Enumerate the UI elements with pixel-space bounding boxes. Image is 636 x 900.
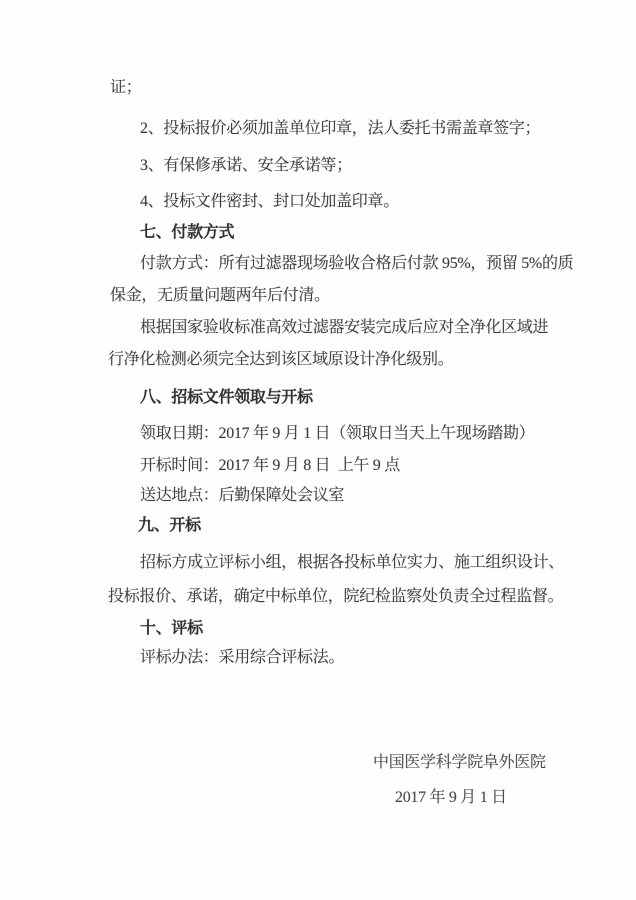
paragraph-continuation-certificate: 证； [110, 78, 141, 98]
acceptance-standard-line-1: 根据国家验收标准高效过滤器安装完成后应对全净化区域进 [140, 318, 548, 338]
evaluation-method-line: 评标办法：采用综合评标法。 [140, 648, 344, 668]
list-item-3-warranty-commitment: 3、有保修承诺、安全承诺等； [140, 156, 352, 176]
payment-terms-line-1: 付款方式：所有过滤器现场验收合格后付款 95%，预留 5%的质 [140, 254, 573, 274]
document-page: 证； 2、投标报价必须加盖单位印章，法人委托书需盖章签字； 3、有保修承诺、安全… [0, 0, 636, 900]
section-heading-7-payment-method: 七、付款方式 [140, 223, 234, 243]
bid-opening-paragraph-line-2: 投标报价、承诺，确定中标单位，院纪检监察处负责全过程监督。 [108, 587, 563, 607]
delivery-location-line: 送达地点：后勤保障处会议室 [140, 486, 344, 506]
list-item-2-bid-quote-seal: 2、投标报价必须加盖单位印章，法人委托书需盖章签字； [140, 119, 540, 139]
acceptance-standard-line-2: 行净化检测必须完全达到该区域原设计净化级别。 [108, 350, 453, 370]
section-heading-9-bid-opening: 九、开标 [138, 516, 201, 536]
collection-date-line: 领取日期：2017 年 9 月 1 日（领取日当天上午现场踏勘） [140, 424, 534, 444]
signature-date: 2017 年 9 月 1 日 [395, 788, 507, 808]
signature-organization: 中国医学科学院阜外医院 [373, 753, 546, 773]
section-heading-10-evaluation: 十、评标 [140, 619, 203, 639]
payment-terms-line-2: 保金，无质量问题两年后付清。 [110, 286, 330, 306]
opening-time-line: 开标时间：2017 年 9 月 8 日 上午 9 点 [140, 456, 400, 476]
list-item-4-sealed-documents: 4、投标文件密封、封口处加盖印章。 [140, 192, 399, 212]
section-heading-8-document-collection: 八、招标文件领取与开标 [140, 388, 313, 408]
bid-opening-paragraph-line-1: 招标方成立评标小组，根据各投标单位实力、施工组织设计、 [140, 553, 564, 573]
